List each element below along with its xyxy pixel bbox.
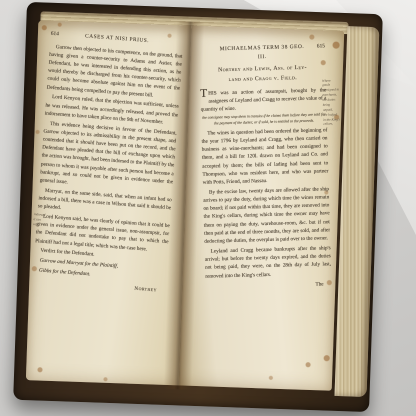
opening-paragraph-text: HIS was an action of assumpsit, brought …	[201, 87, 327, 113]
right-page-text: MICHAELMAS TERM 38 GEO. III. 615 Northey…	[199, 42, 332, 293]
right-catchword: The	[206, 280, 332, 292]
paragraph: The wines in question had been ordered t…	[201, 126, 329, 187]
case-title: Northey and Lewis, Ass. of Ley- land and…	[199, 63, 326, 86]
right-margin-note: Where goods consigned to merchants, the …	[322, 78, 340, 127]
italic-headnote: the consignee may stop them in transitu …	[201, 112, 327, 127]
margin-note-line: being unpaid,	[323, 103, 340, 112]
left-margin-note: indorsed it can cale.	[33, 212, 45, 228]
margin-note-line: Where goods	[322, 78, 339, 87]
margin-note-line: cale.	[33, 222, 44, 227]
drop-cap: T	[200, 89, 208, 98]
left-header-spacer	[167, 44, 183, 45]
margin-note-line: cellars,	[323, 122, 340, 127]
left-page-text: 614 CASES AT NISI PRIUS. Garrow then obj…	[32, 30, 184, 297]
paragraph: This evidence being decisive in favour o…	[39, 119, 177, 195]
left-page: 614 CASES AT NISI PRIUS. Garrow then obj…	[26, 20, 191, 385]
right-page: MICHAELMAS TERM 38 GEO. III. 615 Northey…	[179, 26, 344, 391]
left-page-number: 614	[50, 30, 67, 40]
paragraph: Garrow then objected to his competence, …	[46, 42, 182, 101]
opening-paragraph: THIS was an action of assumpsit, brought…	[200, 86, 327, 114]
paragraph: Leyland and Cragg became bankrupts after…	[205, 244, 332, 280]
right-running-head-row: MICHAELMAS TERM 38 GEO. III. 615	[199, 42, 325, 63]
paragraph: By the excise law, twenty days are allow…	[203, 185, 331, 246]
open-book: 614 CASES AT NISI PRIUS. Garrow then obj…	[13, 2, 383, 412]
page-spread: 614 CASES AT NISI PRIUS. Garrow then obj…	[26, 20, 344, 390]
right-page-number: 615	[309, 42, 325, 51]
right-running-header: MICHAELMAS TERM 38 GEO. III.	[215, 43, 309, 63]
book-photograph: 614 CASES AT NISI PRIUS. Garrow then obj…	[0, 0, 416, 416]
